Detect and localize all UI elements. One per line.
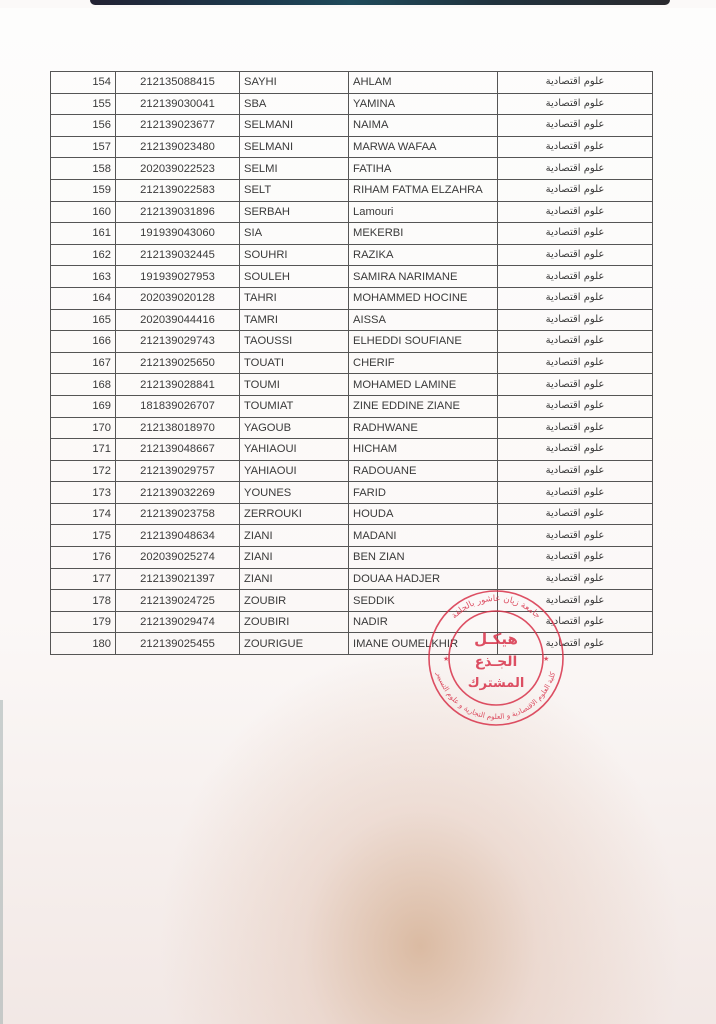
first-name-cell: MEKERBI bbox=[349, 223, 498, 245]
background-object-shadow bbox=[90, 0, 670, 5]
first-name-cell: IMANE OUMELKHIR bbox=[349, 633, 498, 655]
table-row: 172212139029757YAHIAOUIRADOUANEعلوم اقتص… bbox=[51, 460, 653, 482]
first-name-cell: FARID bbox=[349, 482, 498, 504]
last-name-cell: TOUMI bbox=[240, 374, 349, 396]
student-id-cell: 191939027953 bbox=[116, 266, 240, 288]
table-row: 156212139023677SELMANINAIMAعلوم اقتصادية bbox=[51, 115, 653, 137]
table-row: 179212139029474ZOUBIRINADIRعلوم اقتصادية bbox=[51, 611, 653, 633]
last-name-cell: YOUNES bbox=[240, 482, 349, 504]
table-row: 161191939043060SIAMEKERBIعلوم اقتصادية bbox=[51, 223, 653, 245]
first-name-cell: YAMINA bbox=[349, 93, 498, 115]
last-name-cell: ZERROUKI bbox=[240, 503, 349, 525]
row-number-cell: 173 bbox=[51, 482, 116, 504]
student-id-cell: 202039020128 bbox=[116, 287, 240, 309]
student-id-cell: 212139031896 bbox=[116, 201, 240, 223]
table-row: 155212139030041SBAYAMINAعلوم اقتصادية bbox=[51, 93, 653, 115]
first-name-cell: MARWA WAFAA bbox=[349, 136, 498, 158]
student-id-cell: 212139030041 bbox=[116, 93, 240, 115]
row-number-cell: 162 bbox=[51, 244, 116, 266]
student-id-cell: 212138018970 bbox=[116, 417, 240, 439]
student-id-cell: 212139029474 bbox=[116, 611, 240, 633]
table-row: 164202039020128TAHRIMOHAMMED HOCINEعلوم … bbox=[51, 287, 653, 309]
table-row: 166212139029743TAOUSSIELHEDDI SOUFIANEعل… bbox=[51, 331, 653, 353]
first-name-cell: SEDDIK bbox=[349, 590, 498, 612]
last-name-cell: ZIANI bbox=[240, 525, 349, 547]
row-number-cell: 179 bbox=[51, 611, 116, 633]
row-number-cell: 176 bbox=[51, 547, 116, 569]
row-number-cell: 178 bbox=[51, 590, 116, 612]
first-name-cell: ELHEDDI SOUFIANE bbox=[349, 331, 498, 353]
last-name-cell: TAOUSSI bbox=[240, 331, 349, 353]
specialty-cell: علوم اقتصادية bbox=[498, 352, 653, 374]
specialty-cell: علوم اقتصادية bbox=[498, 439, 653, 461]
last-name-cell: ZOUBIR bbox=[240, 590, 349, 612]
last-name-cell: SERBAH bbox=[240, 201, 349, 223]
student-list-body: 154212135088415SAYHIAHLAMعلوم اقتصادية15… bbox=[51, 72, 653, 655]
table-row: 170212138018970YAGOUBRADHWANEعلوم اقتصاد… bbox=[51, 417, 653, 439]
specialty-cell: علوم اقتصادية bbox=[498, 547, 653, 569]
student-id-cell: 212139032445 bbox=[116, 244, 240, 266]
row-number-cell: 169 bbox=[51, 395, 116, 417]
student-id-cell: 202039044416 bbox=[116, 309, 240, 331]
row-number-cell: 155 bbox=[51, 93, 116, 115]
student-id-cell: 212139023677 bbox=[116, 115, 240, 137]
specialty-cell: علوم اقتصادية bbox=[498, 633, 653, 655]
last-name-cell: TOUMIAT bbox=[240, 395, 349, 417]
specialty-cell: علوم اقتصادية bbox=[498, 266, 653, 288]
student-id-cell: 212139025650 bbox=[116, 352, 240, 374]
first-name-cell: BEN ZIAN bbox=[349, 547, 498, 569]
student-id-cell: 212139025455 bbox=[116, 633, 240, 655]
row-number-cell: 164 bbox=[51, 287, 116, 309]
row-number-cell: 168 bbox=[51, 374, 116, 396]
specialty-cell: علوم اقتصادية bbox=[498, 136, 653, 158]
table-row: 171212139048667YAHIAOUIHICHAMعلوم اقتصاد… bbox=[51, 439, 653, 461]
student-id-cell: 212139032269 bbox=[116, 482, 240, 504]
specialty-cell: علوم اقتصادية bbox=[498, 223, 653, 245]
row-number-cell: 180 bbox=[51, 633, 116, 655]
table-row: 176202039025274ZIANIBEN ZIANعلوم اقتصادي… bbox=[51, 547, 653, 569]
table-row: 159212139022583SELTRIHAM FATMA ELZAHRAعل… bbox=[51, 179, 653, 201]
last-name-cell: SELMI bbox=[240, 158, 349, 180]
row-number-cell: 174 bbox=[51, 503, 116, 525]
specialty-cell: علوم اقتصادية bbox=[498, 374, 653, 396]
last-name-cell: SELT bbox=[240, 179, 349, 201]
first-name-cell: DOUAA HADJER bbox=[349, 568, 498, 590]
student-id-cell: 212139024725 bbox=[116, 590, 240, 612]
first-name-cell: Lamouri bbox=[349, 201, 498, 223]
student-id-cell: 212139029757 bbox=[116, 460, 240, 482]
first-name-cell: FATIHA bbox=[349, 158, 498, 180]
page-edge-shadow bbox=[0, 700, 3, 1024]
student-id-cell: 212139022583 bbox=[116, 179, 240, 201]
specialty-cell: علوم اقتصادية bbox=[498, 525, 653, 547]
table-row: 163191939027953SOULEHSAMIRA NARIMANEعلوم… bbox=[51, 266, 653, 288]
last-name-cell: TAMRI bbox=[240, 309, 349, 331]
student-id-cell: 212135088415 bbox=[116, 72, 240, 94]
last-name-cell: YAGOUB bbox=[240, 417, 349, 439]
specialty-cell: علوم اقتصادية bbox=[498, 460, 653, 482]
specialty-cell: علوم اقتصادية bbox=[498, 115, 653, 137]
student-id-cell: 191939043060 bbox=[116, 223, 240, 245]
first-name-cell: NADIR bbox=[349, 611, 498, 633]
table-row: 177212139021397ZIANIDOUAA HADJERعلوم اقت… bbox=[51, 568, 653, 590]
table-row: 173212139032269YOUNESFARIDعلوم اقتصادية bbox=[51, 482, 653, 504]
first-name-cell: CHERIF bbox=[349, 352, 498, 374]
row-number-cell: 177 bbox=[51, 568, 116, 590]
student-id-cell: 212139028841 bbox=[116, 374, 240, 396]
table-row: 178212139024725ZOUBIRSEDDIKعلوم اقتصادية bbox=[51, 590, 653, 612]
student-id-cell: 212139021397 bbox=[116, 568, 240, 590]
specialty-cell: علوم اقتصادية bbox=[498, 93, 653, 115]
student-id-cell: 202039025274 bbox=[116, 547, 240, 569]
last-name-cell: ZIANI bbox=[240, 547, 349, 569]
row-number-cell: 159 bbox=[51, 179, 116, 201]
student-list-table: 154212135088415SAYHIAHLAMعلوم اقتصادية15… bbox=[50, 71, 653, 655]
specialty-cell: علوم اقتصادية bbox=[498, 590, 653, 612]
first-name-cell: RADHWANE bbox=[349, 417, 498, 439]
first-name-cell: RIHAM FATMA ELZAHRA bbox=[349, 179, 498, 201]
table-row: 154212135088415SAYHIAHLAMعلوم اقتصادية bbox=[51, 72, 653, 94]
last-name-cell: SOULEH bbox=[240, 266, 349, 288]
table-row: 165202039044416TAMRIAISSAعلوم اقتصادية bbox=[51, 309, 653, 331]
last-name-cell: TOUATI bbox=[240, 352, 349, 374]
table-row: 158202039022523SELMIFATIHAعلوم اقتصادية bbox=[51, 158, 653, 180]
first-name-cell: AHLAM bbox=[349, 72, 498, 94]
row-number-cell: 163 bbox=[51, 266, 116, 288]
last-name-cell: SELMANI bbox=[240, 136, 349, 158]
row-number-cell: 171 bbox=[51, 439, 116, 461]
row-number-cell: 170 bbox=[51, 417, 116, 439]
first-name-cell: SAMIRA NARIMANE bbox=[349, 266, 498, 288]
table-row: 162212139032445SOUHRIRAZIKAعلوم اقتصادية bbox=[51, 244, 653, 266]
row-number-cell: 156 bbox=[51, 115, 116, 137]
specialty-cell: علوم اقتصادية bbox=[498, 287, 653, 309]
specialty-cell: علوم اقتصادية bbox=[498, 179, 653, 201]
student-id-cell: 212139023758 bbox=[116, 503, 240, 525]
first-name-cell: MOHAMED LAMINE bbox=[349, 374, 498, 396]
last-name-cell: SELMANI bbox=[240, 115, 349, 137]
table-row: 169181839026707TOUMIATZINE EDDINE ZIANEع… bbox=[51, 395, 653, 417]
last-name-cell: SIA bbox=[240, 223, 349, 245]
specialty-cell: علوم اقتصادية bbox=[498, 331, 653, 353]
specialty-cell: علوم اقتصادية bbox=[498, 201, 653, 223]
student-id-cell: 181839026707 bbox=[116, 395, 240, 417]
first-name-cell: HOUDA bbox=[349, 503, 498, 525]
last-name-cell: ZOUBIRI bbox=[240, 611, 349, 633]
last-name-cell: ZIANI bbox=[240, 568, 349, 590]
specialty-cell: علوم اقتصادية bbox=[498, 72, 653, 94]
specialty-cell: علوم اقتصادية bbox=[498, 417, 653, 439]
last-name-cell: SBA bbox=[240, 93, 349, 115]
specialty-cell: علوم اقتصادية bbox=[498, 568, 653, 590]
student-id-cell: 212139023480 bbox=[116, 136, 240, 158]
first-name-cell: NAIMA bbox=[349, 115, 498, 137]
table-row: 174212139023758ZERROUKIHOUDAعلوم اقتصادي… bbox=[51, 503, 653, 525]
specialty-cell: علوم اقتصادية bbox=[498, 503, 653, 525]
table-row: 168212139028841TOUMIMOHAMED LAMINEعلوم ا… bbox=[51, 374, 653, 396]
last-name-cell: ZOURIGUE bbox=[240, 633, 349, 655]
student-id-cell: 212139048634 bbox=[116, 525, 240, 547]
first-name-cell: RADOUANE bbox=[349, 460, 498, 482]
table-row: 167212139025650TOUATICHERIFعلوم اقتصادية bbox=[51, 352, 653, 374]
row-number-cell: 154 bbox=[51, 72, 116, 94]
student-id-cell: 212139029743 bbox=[116, 331, 240, 353]
row-number-cell: 160 bbox=[51, 201, 116, 223]
table-row: 157212139023480SELMANIMARWA WAFAAعلوم اق… bbox=[51, 136, 653, 158]
row-number-cell: 165 bbox=[51, 309, 116, 331]
table-row: 160212139031896SERBAHLamouriعلوم اقتصادي… bbox=[51, 201, 653, 223]
last-name-cell: YAHIAOUI bbox=[240, 460, 349, 482]
row-number-cell: 167 bbox=[51, 352, 116, 374]
table-row: 175212139048634ZIANIMADANIعلوم اقتصادية bbox=[51, 525, 653, 547]
specialty-cell: علوم اقتصادية bbox=[498, 244, 653, 266]
student-id-cell: 212139048667 bbox=[116, 439, 240, 461]
row-number-cell: 158 bbox=[51, 158, 116, 180]
first-name-cell: AISSA bbox=[349, 309, 498, 331]
specialty-cell: علوم اقتصادية bbox=[498, 482, 653, 504]
specialty-cell: علوم اقتصادية bbox=[498, 309, 653, 331]
row-number-cell: 172 bbox=[51, 460, 116, 482]
specialty-cell: علوم اقتصادية bbox=[498, 395, 653, 417]
last-name-cell: YAHIAOUI bbox=[240, 439, 349, 461]
specialty-cell: علوم اقتصادية bbox=[498, 158, 653, 180]
specialty-cell: علوم اقتصادية bbox=[498, 611, 653, 633]
table-row: 180212139025455ZOURIGUEIMANE OUMELKHIRعل… bbox=[51, 633, 653, 655]
first-name-cell: MADANI bbox=[349, 525, 498, 547]
first-name-cell: HICHAM bbox=[349, 439, 498, 461]
row-number-cell: 157 bbox=[51, 136, 116, 158]
last-name-cell: SAYHI bbox=[240, 72, 349, 94]
row-number-cell: 161 bbox=[51, 223, 116, 245]
last-name-cell: SOUHRI bbox=[240, 244, 349, 266]
row-number-cell: 166 bbox=[51, 331, 116, 353]
row-number-cell: 175 bbox=[51, 525, 116, 547]
first-name-cell: RAZIKA bbox=[349, 244, 498, 266]
first-name-cell: MOHAMMED HOCINE bbox=[349, 287, 498, 309]
student-id-cell: 202039022523 bbox=[116, 158, 240, 180]
first-name-cell: ZINE EDDINE ZIANE bbox=[349, 395, 498, 417]
last-name-cell: TAHRI bbox=[240, 287, 349, 309]
